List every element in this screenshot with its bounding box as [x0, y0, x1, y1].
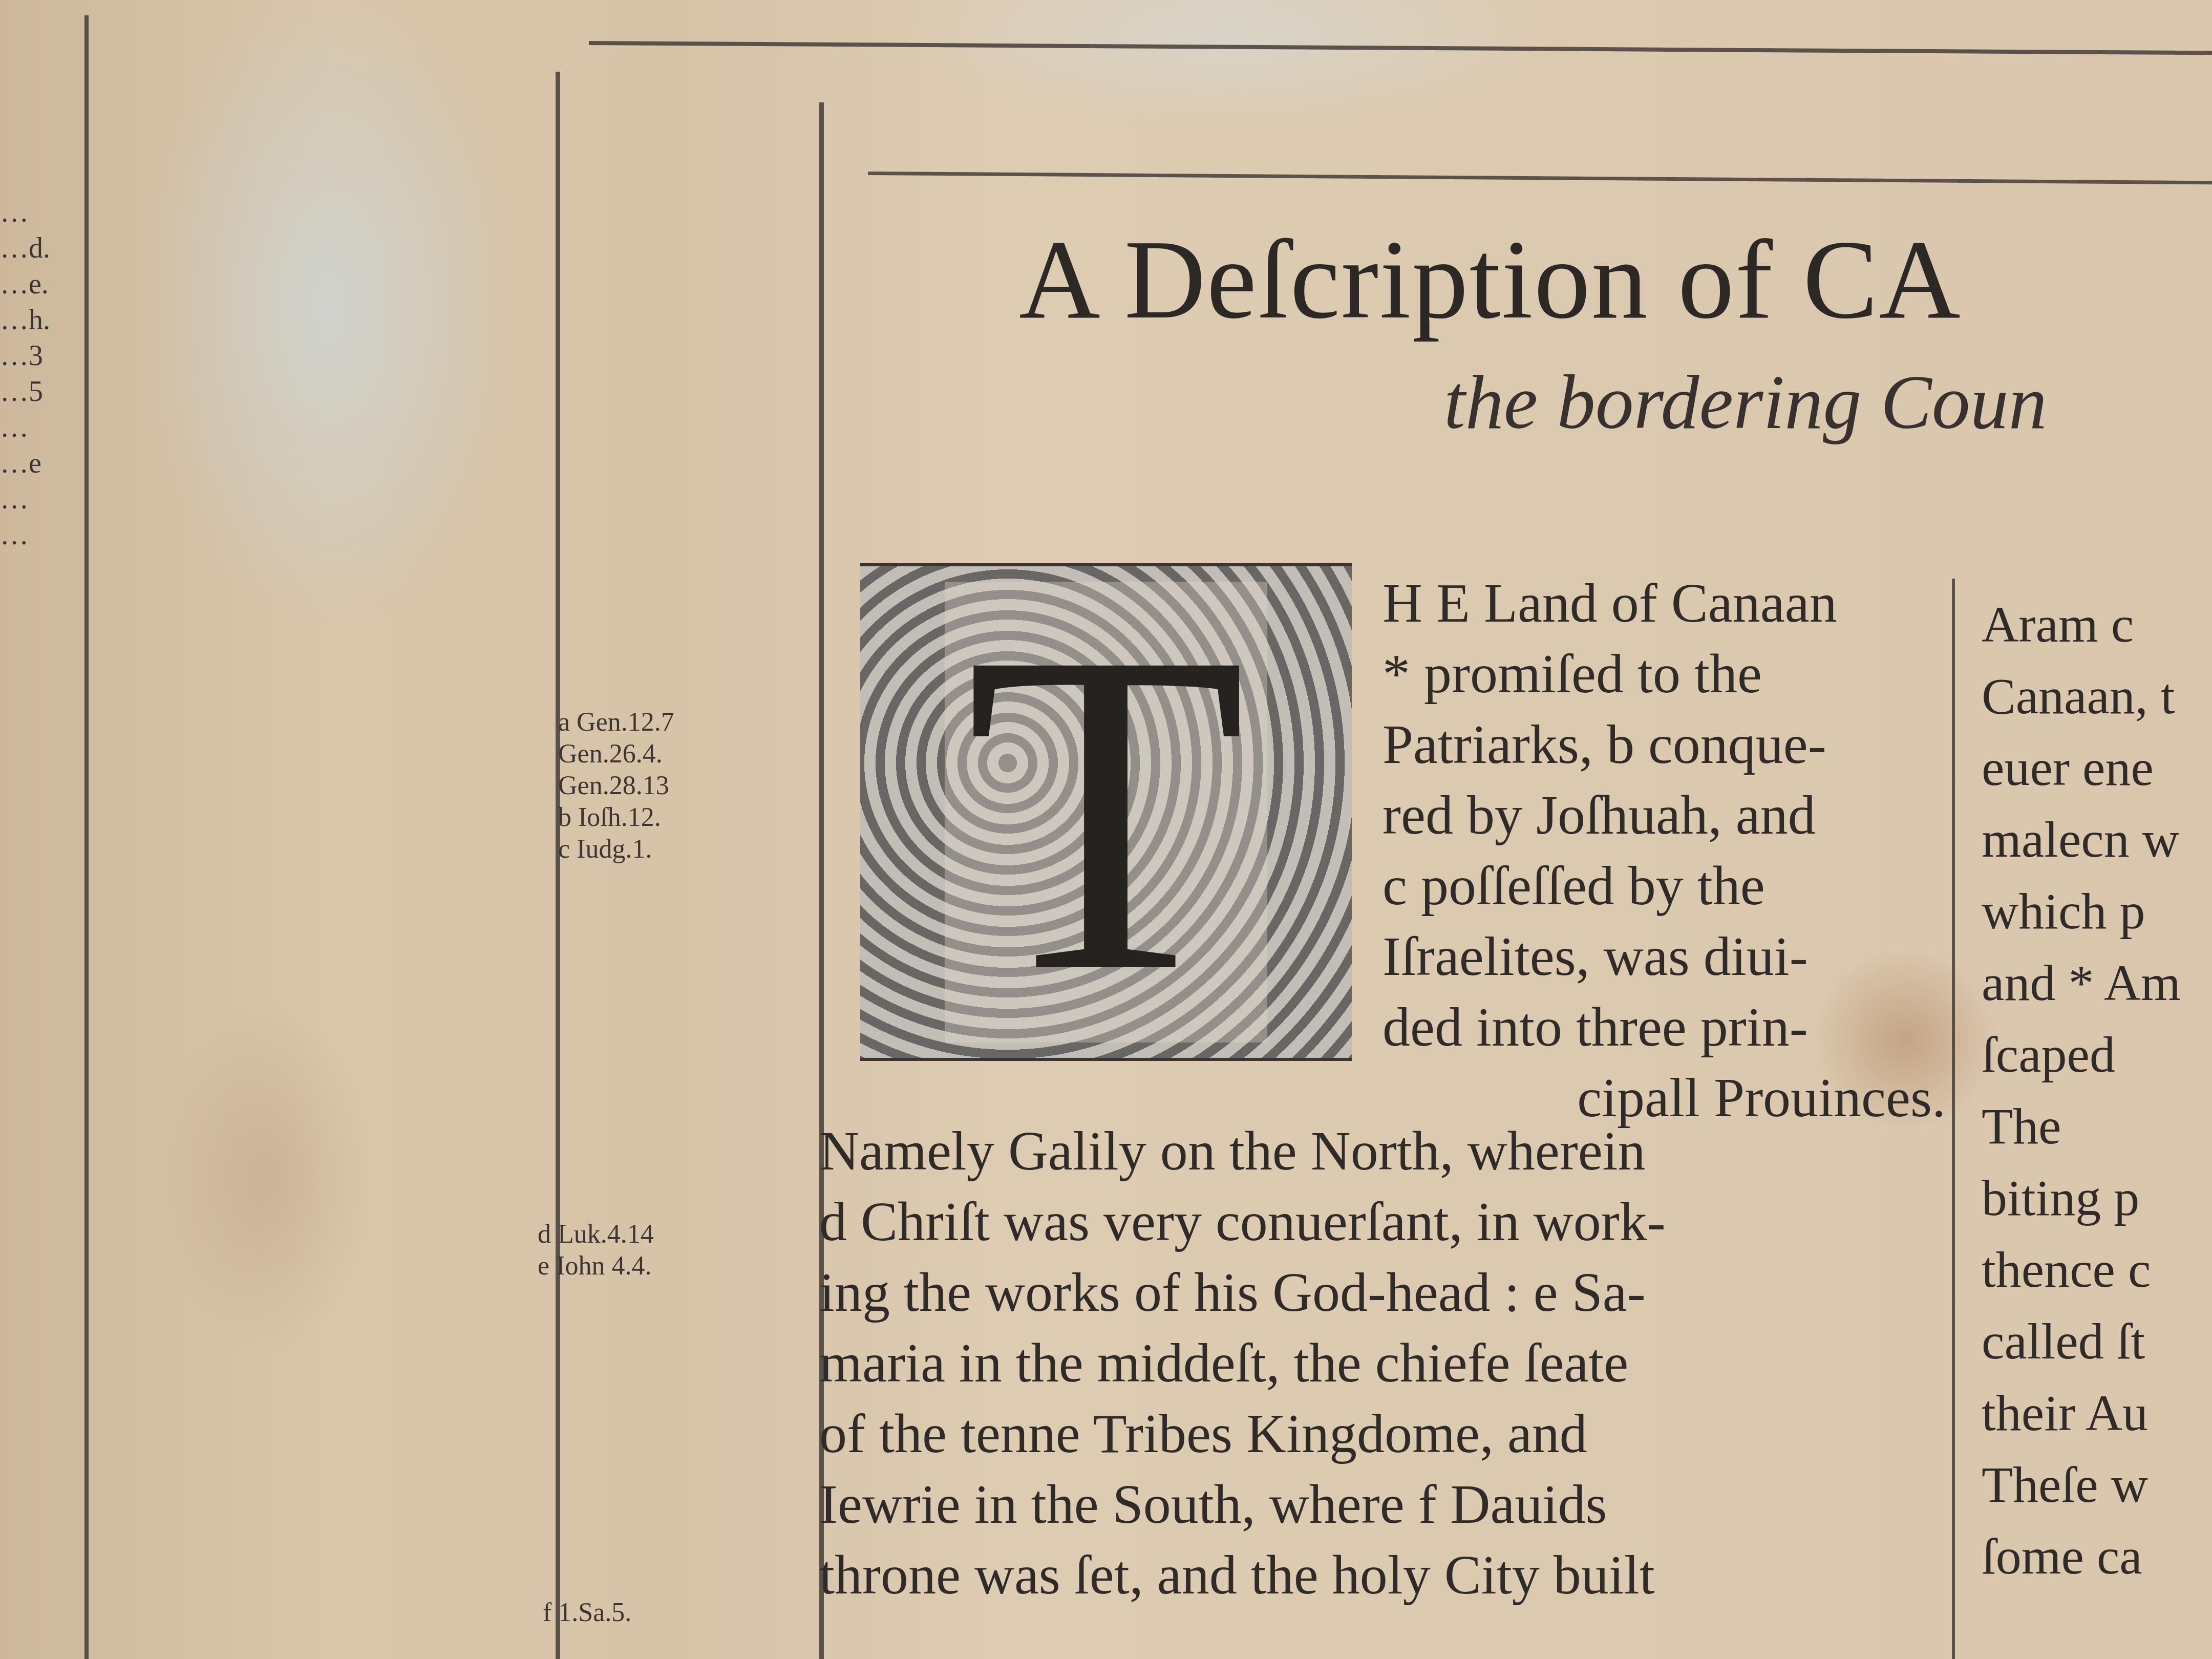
text-line: * promiſed to the [1382, 639, 1946, 710]
page-title: A Deſcription of CA [1019, 215, 1962, 345]
margin-note: b Ioſh.12. [558, 802, 814, 834]
body-text-column-a: H E Land of Canaan * promiſed to the Pat… [1382, 568, 1946, 1134]
margin-reference-bottom: f 1.Sa.5. [543, 1598, 631, 1628]
text-line: their Au [1982, 1377, 2212, 1449]
text-line: ded into three prin- [1382, 992, 1946, 1063]
text-line: of the tenne Tribes Kingdome, and [819, 1399, 1961, 1470]
text-line: maria in the middeſt, the chiefe ſeate [819, 1328, 1961, 1399]
text-line: euer ene [1982, 732, 2212, 804]
margin-note: c Iudg.1. [558, 834, 814, 865]
drop-cap-letter: T [945, 582, 1267, 1043]
left-edge-rule [84, 15, 89, 1659]
edge-fragment: …e. [0, 266, 82, 302]
text-line: biting p [1982, 1162, 2212, 1234]
text-line: Iſraelites, was diui- [1382, 922, 1946, 992]
text-line: ſcaped [1982, 1019, 2212, 1091]
edge-fragment: … [0, 517, 82, 553]
margin-note: Gen.28.13 [558, 770, 814, 802]
left-edge-text-fragments: … …d. …e. …h. …3 …5 … …e … … [0, 195, 82, 553]
text-line: red by Joſhuah, and [1382, 780, 1946, 851]
ornamental-drop-cap: T [860, 563, 1352, 1061]
body-text-column-b: Namely Galily on the North, wherein d Ch… [819, 1116, 1961, 1611]
edge-fragment: …e [0, 445, 82, 481]
text-line: Theſe w [1982, 1449, 2212, 1521]
text-line: called ſt [1982, 1306, 2212, 1377]
edge-fragment: … [0, 481, 82, 517]
margin-note: e Iohn 4.4. [538, 1250, 654, 1282]
margin-references: a Gen.12.7 Gen.26.4. Gen.28.13 b Ioſh.12… [558, 707, 814, 865]
margin-note: a Gen.12.7 [558, 707, 814, 738]
text-line: which p [1982, 876, 2212, 947]
margin-note: d Luk.4.14 [538, 1219, 654, 1250]
body-text-column-c: Aram c Canaan, t euer ene malecn w which… [1982, 589, 2212, 1592]
text-line: Canaan, t [1982, 661, 2212, 732]
margin-note: Gen.26.4. [558, 738, 814, 770]
text-line: Iewrie in the South, where f Dauids [819, 1470, 1961, 1540]
text-line: Patriarks, b conque- [1382, 710, 1946, 780]
text-line: d Chriſt was very conuerſant, in work- [819, 1187, 1961, 1258]
edge-fragment: …3 [0, 338, 82, 374]
page-subtitle: the bordering Coun [1444, 358, 2047, 446]
edge-fragment: … [0, 195, 82, 230]
edge-fragment: … [0, 410, 82, 445]
text-line: ſome ca [1982, 1521, 2212, 1592]
text-line: Namely Galily on the North, wherein [819, 1116, 1961, 1187]
margin-references-lower: d Luk.4.14 e Iohn 4.4. [538, 1219, 654, 1282]
text-line: throne was ſet, and the holy City built [819, 1540, 1961, 1611]
edge-fragment: …h. [0, 302, 82, 338]
edge-fragment: …d. [0, 230, 82, 266]
text-line: The [1982, 1091, 2212, 1162]
edge-fragment: …5 [0, 374, 82, 410]
margin-rule-outer [556, 72, 560, 1659]
text-line: ing the works of his God-head : e Sa- [819, 1258, 1961, 1328]
text-line: c poſſeſſed by the [1382, 851, 1946, 922]
text-line: malecn w [1982, 804, 2212, 876]
text-line: H E Land of Canaan [1382, 568, 1946, 639]
text-line: thence c [1982, 1234, 2212, 1306]
text-line: and * Am [1982, 947, 2212, 1019]
text-line: Aram c [1982, 589, 2212, 661]
